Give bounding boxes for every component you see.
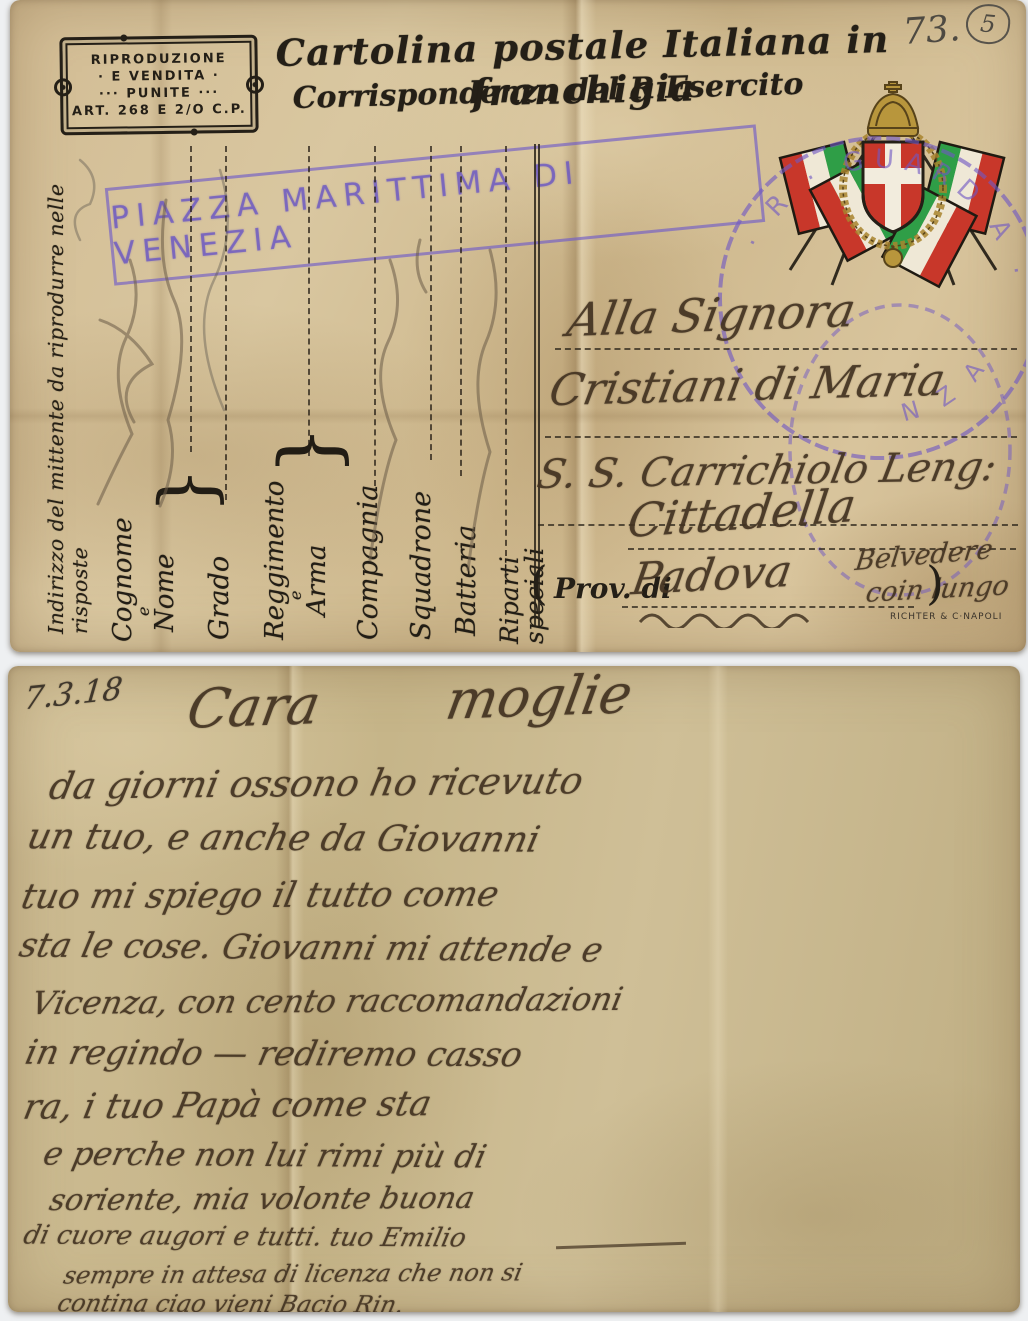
letter-line: in regindo — rediremo casso — [26, 1033, 522, 1076]
date-text: 7.3.18 — [22, 671, 124, 718]
field-label-squadrone: Squadrone — [408, 500, 435, 640]
brace-glyph: } — [262, 425, 355, 476]
stamp-text: PIAZZA MARITTIMA DI VENEZIA — [109, 138, 761, 273]
circled-number: 5 — [964, 2, 1012, 46]
label-text: Compagnia — [355, 500, 382, 640]
ornament-dot — [191, 128, 198, 135]
reproduction-warning-box: RIPRODUZIONE · E VENDITA · ··· PUNITE ··… — [59, 35, 258, 136]
section-divider-line — [534, 144, 540, 626]
brace-glyph: } — [144, 467, 230, 514]
letter-text: Vicenza, con cento raccomandazioni — [28, 980, 626, 1022]
letter-text: un tuo, e anche da Giovanni — [24, 816, 544, 861]
postcard-scan: RIPRODUZIONE · E VENDITA · ··· PUNITE ··… — [0, 0, 1028, 1321]
address-text: Alla Signora — [563, 283, 860, 347]
letter-line: soriente, mia volonte buona — [50, 1181, 474, 1218]
label-text: Squadrone — [408, 500, 435, 640]
letter-text: sta le cose. Giovanni mi attende e — [16, 925, 607, 970]
prov-open-paren: ( — [530, 556, 548, 610]
salutation-text: Cara — [183, 673, 326, 741]
prov-value: Padova — [631, 546, 793, 605]
letter-line: da giorni ossono ho ricevuto — [50, 759, 583, 808]
field-label-cognome-nome: Cognome e Nome — [110, 494, 178, 642]
printer-credit: RICHTER & C·NAPOLI — [890, 612, 1002, 622]
repro-line2: · E VENDITA · — [98, 67, 220, 86]
form-line — [308, 146, 310, 456]
postcard-front: RIPRODUZIONE · E VENDITA · ··· PUNITE ··… — [10, 0, 1026, 652]
ornament-dot — [120, 34, 127, 41]
label-text: Cognome — [110, 494, 136, 642]
letter-date: 7.3.18 — [22, 671, 124, 717]
salutation-text: moglie — [441, 666, 637, 732]
letter-text: ra, i tuo Papà come sta — [20, 1084, 435, 1128]
address-text: Padova — [628, 546, 796, 606]
form-line — [460, 146, 462, 476]
letter-line: un tuo, e anche da Giovanni — [28, 816, 539, 861]
field-label-reggimento-arma: Reggimento e Arma — [262, 464, 330, 640]
letter-text: di cuore augori e tutti. tuo Emilio — [21, 1220, 469, 1253]
form-line — [374, 146, 376, 486]
ink-underline — [556, 1242, 686, 1250]
address-ruled-line — [545, 436, 1017, 438]
letter-line: sta le cose. Giovanni mi attende e — [20, 925, 603, 970]
letter-text: tuo mi spiego il tutto come — [18, 875, 503, 918]
letter-text: in regindo — rediremo casso — [22, 1033, 527, 1076]
letter-line: sempre in attesa di licenza che non si — [64, 1258, 522, 1289]
piazza-marittima-stamp: PIAZZA MARITTIMA DI VENEZIA — [105, 124, 765, 285]
letter-text: soriente, mia volonte buona — [46, 1181, 477, 1218]
ornament-circle — [54, 78, 72, 96]
pencil-number: 73. — [902, 8, 962, 53]
prov-close-paren: ) — [926, 556, 944, 610]
letter-line: contina ciao vieni Bacio Rin. — [58, 1289, 404, 1312]
label-text: Batteria — [453, 516, 480, 636]
form-line — [190, 146, 192, 452]
label-text: Nome — [152, 494, 178, 642]
form-line — [225, 146, 227, 500]
address-text: Cristiani di Maria — [545, 355, 949, 417]
address-line-name: Cristiani di Maria — [549, 355, 945, 416]
label-text: Arma — [304, 464, 330, 640]
letter-text: contina ciao vieni Bacio Rin. — [55, 1289, 407, 1312]
svg-text:· R · GUARD A ·: · R · GUARD A · — [738, 144, 1026, 287]
round-stamp-top-text: · R · GUARD A · — [738, 144, 1026, 287]
letter-line: ra, i tuo Papà come sta — [24, 1084, 431, 1128]
repro-line3: ··· PUNITE ··· — [99, 84, 219, 103]
field-label-compagnia: Compagnia — [355, 500, 382, 640]
letter-line: e perche non lui rimi più di — [44, 1134, 486, 1175]
postcard-back: 7.3.18 Cara moglie da giorni ossono ho r… — [8, 666, 1020, 1312]
repro-line4: ART. 268 E 2/O C.P. — [72, 101, 247, 120]
label-text: Grado — [206, 530, 233, 640]
form-line — [430, 146, 432, 460]
letter-text: da giorni ossono ho ricevuto — [46, 759, 587, 808]
repro-line1: RIPRODUZIONE — [91, 50, 227, 69]
letter-text: e perche non lui rimi più di — [40, 1134, 490, 1175]
letter-salutation: Cara moglie — [187, 666, 632, 741]
field-label-grado: Grado — [206, 530, 233, 640]
address-line-signora: Alla Signora — [567, 283, 856, 347]
prov-ruled-line — [622, 606, 914, 608]
letter-line: di cuore augori e tutti. tuo Emilio — [24, 1220, 466, 1253]
letter-line: Vicenza, con cento raccomandazioni — [32, 980, 623, 1022]
sender-address-caption: Indirizzo del mittente da riprodurre nel… — [44, 134, 92, 634]
letter-text: sempre in attesa di licenza che non si — [61, 1258, 525, 1289]
label-text: Reggimento — [262, 464, 288, 640]
letter-line: tuo mi spiego il tutto come — [22, 875, 498, 917]
paper-crease — [708, 666, 728, 1312]
field-label-batteria: Batteria — [453, 516, 480, 636]
address-ruled-line — [555, 348, 1017, 350]
